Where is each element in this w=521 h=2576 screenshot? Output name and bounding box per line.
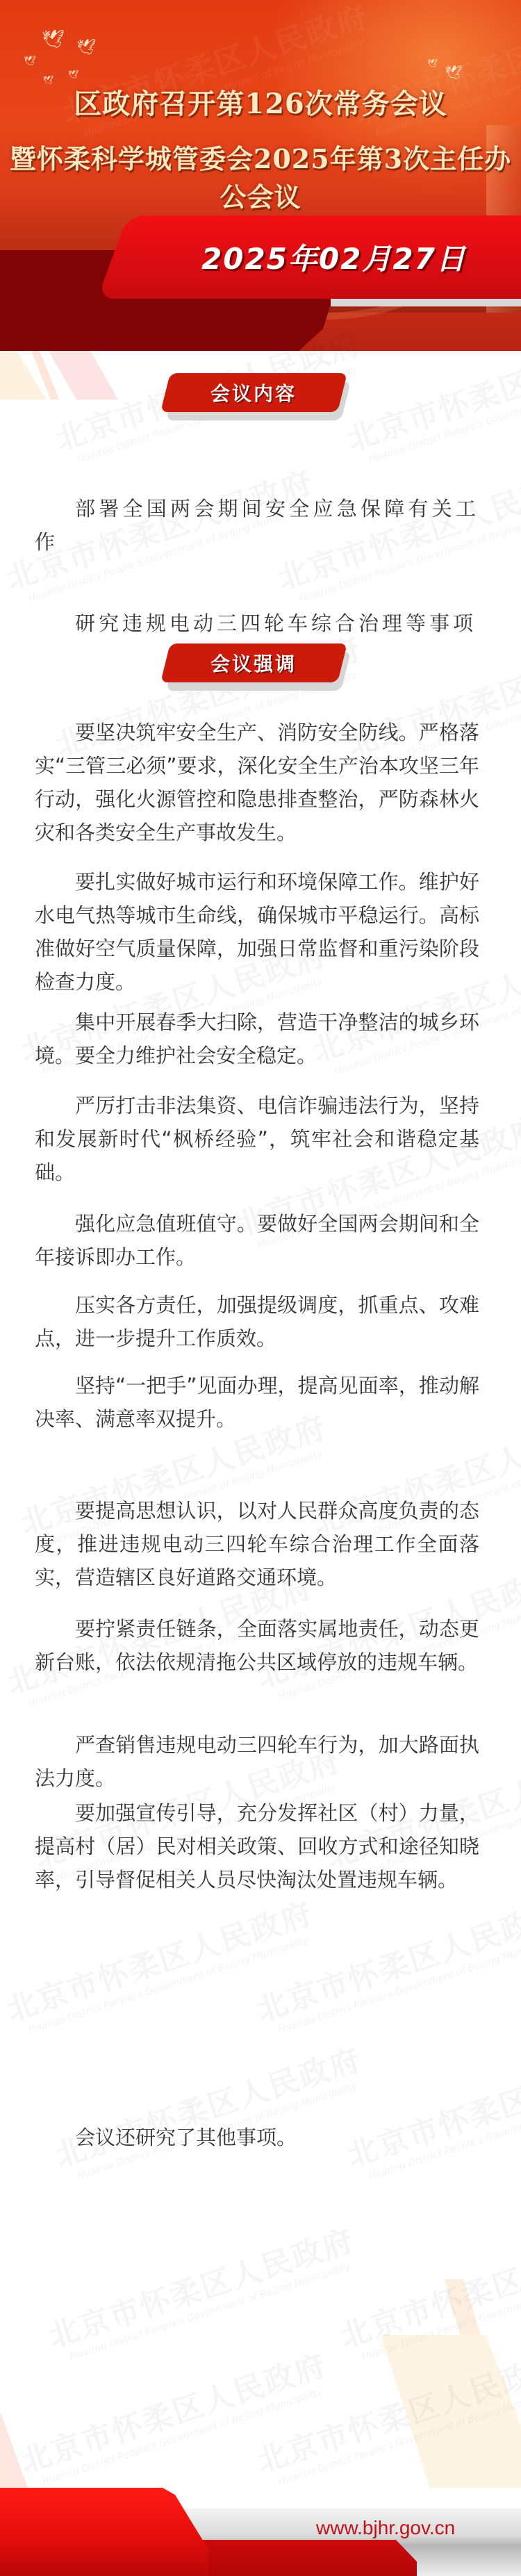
emphasis-paragraph: 集中开展春季大扫除，营造干净整洁的城乡环境。要全力维护社会安全稳定。 xyxy=(35,1006,479,1072)
decor-stripe xyxy=(0,2411,28,2488)
watermark: 北京市怀柔区人民政府Huairou District People's Gove… xyxy=(14,2340,335,2492)
emphasis-paragraph: 要坚决筑牢安全生产、消防安全防线。严格落实“三管三必须”要求，深化安全生产治本攻… xyxy=(35,716,479,849)
emphasis-paragraph: 压实各方责任，加强提级调度，抓重点、攻难点，进一步提升工作质效。 xyxy=(35,1288,479,1355)
dove-icon: 🕊 xyxy=(445,64,462,81)
section-title-content: 会议内容 xyxy=(210,379,297,407)
footer-red-band xyxy=(0,2488,208,2576)
emphasis-paragraph: 要扎实做好城市运行和环境保障工作。维护好水电气热等城市生命线，确保城市平稳运行。… xyxy=(35,865,479,999)
dove-icon: 🕊 xyxy=(68,69,78,79)
watermark: 北京市怀柔区人民政府Huairou District People's Gove… xyxy=(0,1889,321,2040)
watermark: 北京市怀柔区人民政府Huairou District People's Gove… xyxy=(250,1889,521,2040)
footer-banner: www.bjhr.gov.cn xyxy=(0,2488,521,2576)
badge: 会议强调 xyxy=(160,643,347,682)
meeting-date: 2025年02月27日 xyxy=(201,236,467,278)
page-title-line-1: 区政府召开第126次常务会议 xyxy=(0,82,521,122)
page-title-line-2: 暨怀柔科学城管委会2025年第3次主任办公会议 xyxy=(0,138,521,214)
emphasis-paragraph: 严厉打击非法集资、电信诈骗违法行为，坚持和发展新时代“枫桥经验”，筑牢社会和谐稳… xyxy=(35,1089,479,1189)
emphasis-paragraph: 要提高思想认识，以对人民群众高度负责的态度，推进违规电动三四轮车综合治理工作全面… xyxy=(35,1494,479,1594)
emphasis-paragraph: 强化应急值班值守。要做好全国两会期间和全年接诉即办工作。 xyxy=(35,1207,479,1274)
decor-stripe xyxy=(381,2335,521,2488)
website-link[interactable]: www.bjhr.gov.cn xyxy=(316,2517,455,2539)
emphasis-paragraph: 坚持“一把手”见面办理，提高见面率，推动解决率、满意率双提升。 xyxy=(35,1369,479,1436)
watermark: 北京市怀柔区人民政府Huairou District People's Gove… xyxy=(49,2035,370,2186)
content-paragraph: 部署全国两会期间安全应急保障有关工作 xyxy=(35,492,479,559)
section-badge-content: 会议内容 xyxy=(165,373,353,423)
emphasis-paragraph: 严查销售违规电动三四轮车行为，加大路面执法力度。 xyxy=(35,1728,479,1795)
dove-icon: 🕊 xyxy=(24,56,36,67)
watermark: 北京市怀柔区人民政府Huairou District People's Gove… xyxy=(42,2215,363,2367)
emphasis-paragraph: 要拧紧责任链条，全面落实属地责任，动态更新台账，依法依规清拖公共区域停放的违规车… xyxy=(35,1612,479,1679)
badge: 会议内容 xyxy=(160,373,347,412)
dove-icon: 🕊 xyxy=(427,58,438,68)
emphasis-paragraph: 要加强宣传引导，充分发挥社区（村）力量，提高村（居）民对相关政策、回收方式和途径… xyxy=(35,1796,479,1896)
closing-paragraph: 会议还研究了其他事项。 xyxy=(35,2121,479,2154)
content-paragraph: 研究违规电动三四轮车综合治理等事项 xyxy=(35,607,479,640)
decor-stripe xyxy=(49,351,118,400)
dove-icon: 🕊 xyxy=(76,39,96,56)
section-title-emphasis: 会议强调 xyxy=(210,649,297,677)
dove-icon: 🕊 xyxy=(42,29,65,50)
header-banner: 🕊 🕊 🕊 🕊 🕊 🕊 🕊 北京市怀柔区人民政府 Huairou Distric… xyxy=(0,0,521,351)
section-badge-emphasis: 会议强调 xyxy=(165,643,353,694)
watermark: 北京市怀柔区人民政府Huairou District People's Gove… xyxy=(340,2035,521,2186)
